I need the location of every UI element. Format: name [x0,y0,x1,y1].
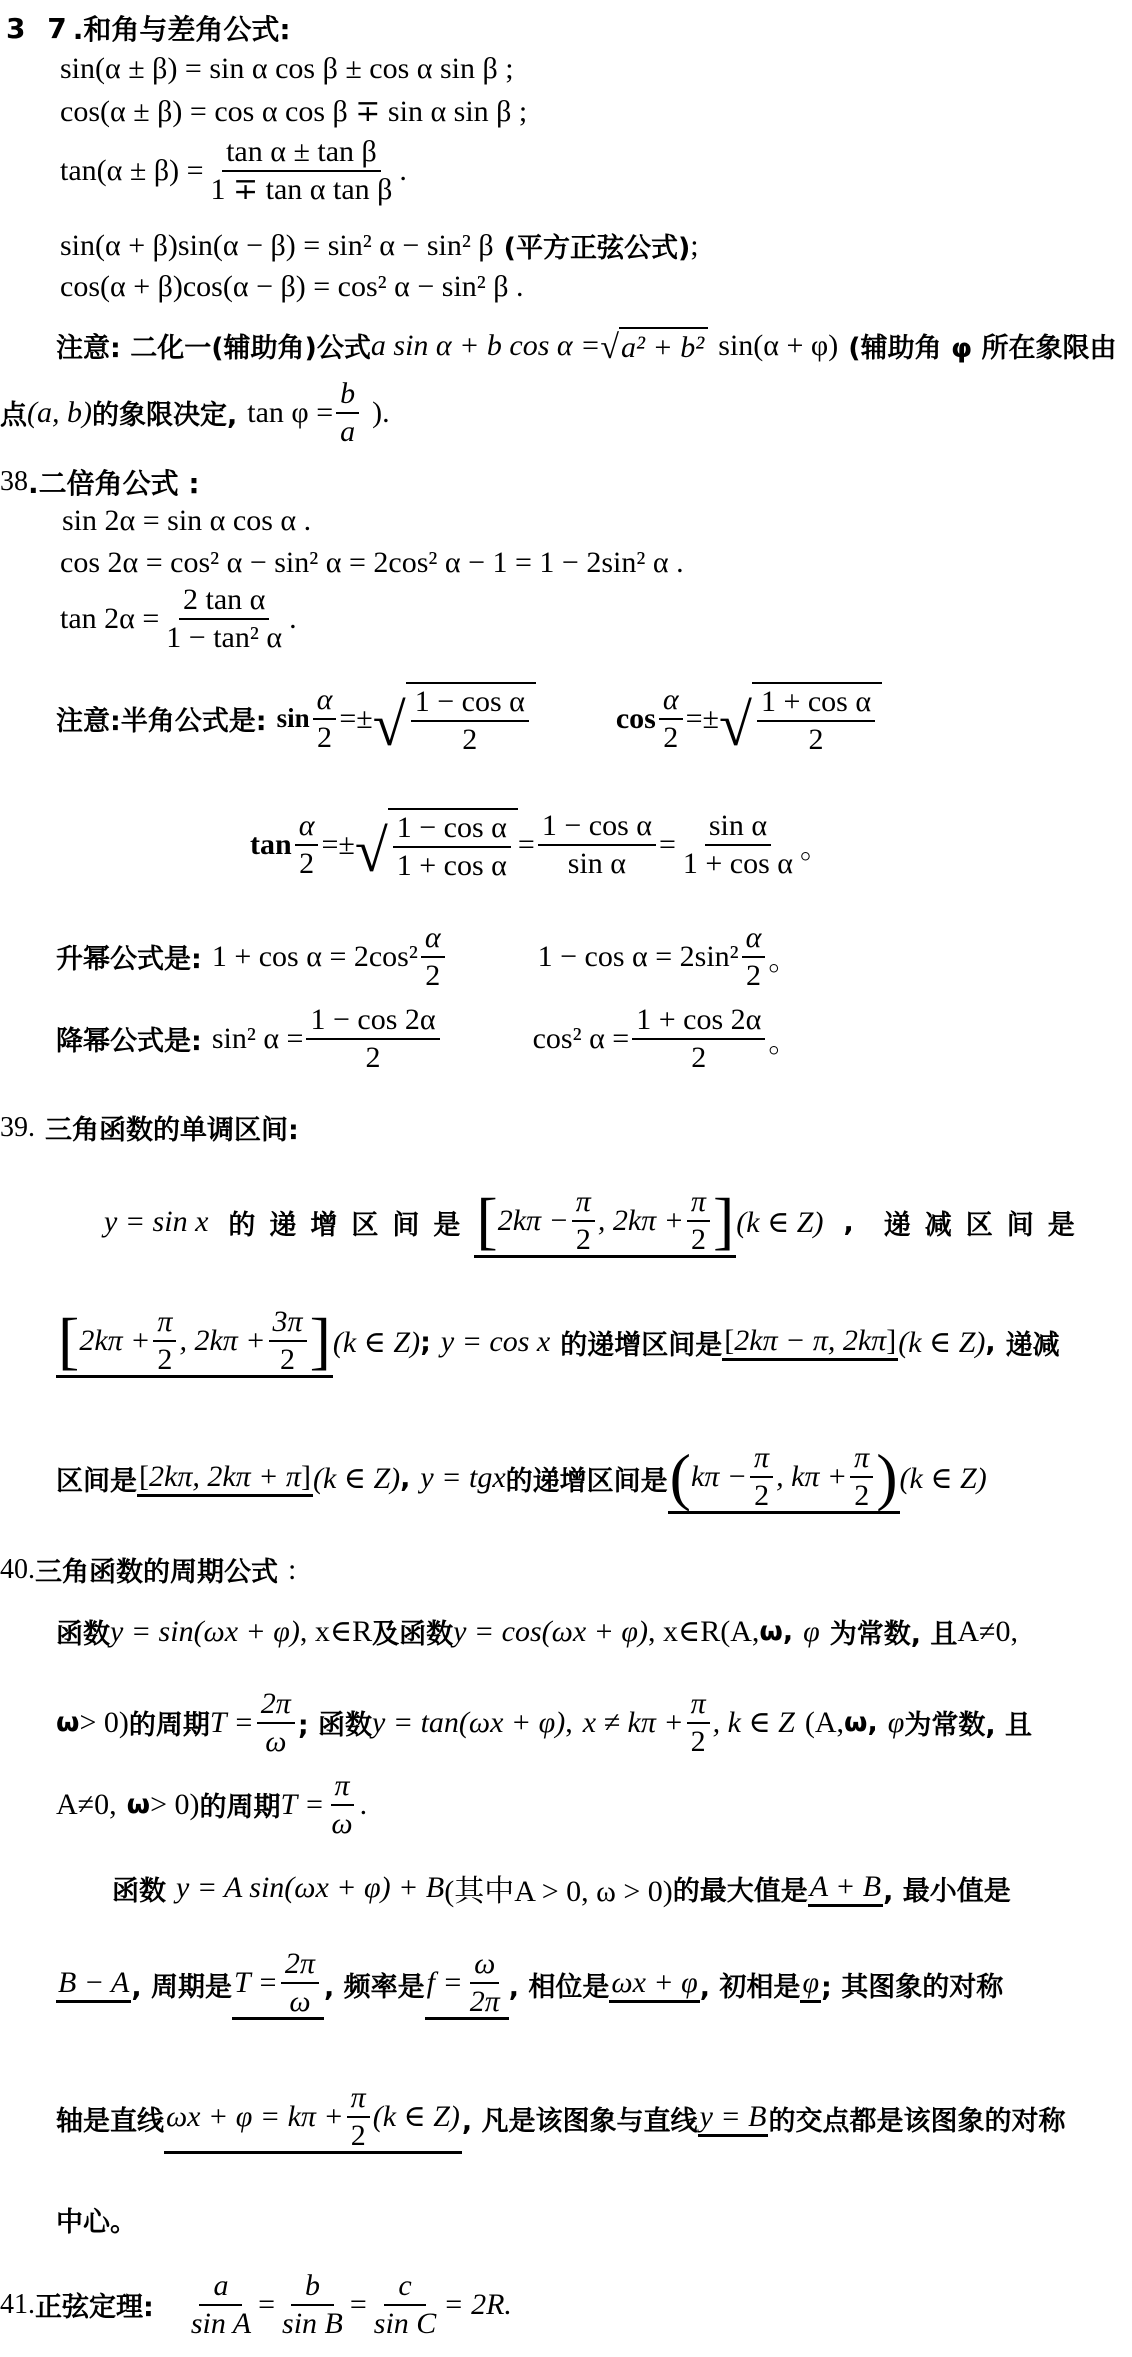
text: 轴是直线 [56,2099,164,2138]
denominator: 2 [659,720,682,754]
text: 的周期 [200,1785,281,1824]
formula-rhs: = 2R. [443,2288,512,2322]
fraction: π 2 [347,2082,370,2151]
punct: . [399,154,407,188]
operator: =± [339,702,372,736]
fraction: b a [336,378,359,447]
punct: , [985,1327,995,1358]
fraction: 2π ω [281,1948,319,2017]
numerator: 3π [269,1306,307,1342]
note-tail: (辅助角 φ 所在象限由 [848,326,1116,365]
numerator: 1 − cos α [393,812,511,848]
fraction: 1 + cos α 2 [757,686,875,755]
numerator: 2 tan α [179,584,269,620]
formula-lhs: T = [234,1966,278,2000]
text: ; 其图象的对称 [821,1965,1003,2004]
sqrt: √ 1 − cos α 1 + cos α [355,808,518,881]
section-39-title: 39. 三角函数的单调区间: [0,1108,299,1147]
interval-part: kπ − [691,1460,747,1494]
fraction: π 2 [572,1186,595,1255]
formula-lhs: cos² α = [533,1022,630,1056]
punct: 。 [768,1017,798,1061]
fraction: a sin A [187,2270,255,2339]
denominator: ω [327,1806,356,1840]
numerator: ω [470,1948,499,1984]
function: y = cos(ωx + φ) [453,1615,648,1649]
numerator: π [687,1688,710,1724]
period-line-2: ω > 0) 的周期 T = 2π ω ; 函数 y = tan(ωx + φ)… [56,1688,1032,1757]
numerator: α [313,684,337,720]
denominator: 2 [742,958,765,992]
denominator: 2 [313,720,336,754]
denominator: 2 [687,1724,710,1758]
denominator: 2 [572,1222,595,1256]
fraction: π 2 [153,1306,176,1375]
punct: : [288,1553,296,1587]
text: , 周期是 [131,1965,232,2004]
operator: = [518,828,535,862]
interval-part: 2kπ + [79,1324,150,1358]
denominator: a [336,414,359,448]
symbol: ω [127,1789,150,1820]
numerator: b [291,2270,334,2306]
function: y = A sin(ωx + φ) + B [176,1871,444,1905]
condition: (k ∈ Z) [373,2099,460,2134]
numerator: π [687,1186,710,1222]
section-38-title: 38 .二倍角公式 : [0,462,200,502]
answer-max: A + B [808,1870,883,1907]
numerator: 1 + cos α [757,686,875,722]
text: 的递增区间是 [228,1203,474,1242]
fraction: 1 − cos α 2 [411,686,529,755]
half-angle-tan: tan α 2 =± √ 1 − cos α 1 + cos α = 1 − c… [250,808,830,881]
sqrt: √ a² + b² [600,327,708,365]
punct: ). [372,396,390,430]
section-title: 三角函数的周期公式 [35,1550,278,1589]
numerator: π [347,2082,370,2118]
text: ω, [844,1707,878,1738]
numerator: tan α ± tan β [222,136,381,172]
punct: 。 [800,823,830,867]
numerator: c [384,2270,425,2306]
numerator: 1 + cos 2α [632,1004,765,1040]
formula-text: sin(α + β)sin(α − β) = sin² α − sin² β [60,229,494,263]
fraction: ω 2π [466,1948,504,2017]
numerator: 1 − cos α [538,810,656,846]
punct: , [843,1207,853,1238]
fraction: 2 tan α 1 − tan² α [162,584,286,653]
formula-cos-product: cos(α + β)cos(α − β) = cos² α − sin² β . [60,270,524,304]
period-frequency-line: B − A , 周期是 T = 2π ω , 频率是 f = ω 2π , 相位… [56,1948,1003,2020]
formula-text: cos 2α = cos² α − sin² α = 2cos² α − 1 =… [60,546,684,580]
answer-min: B − A [56,1966,131,2003]
power-lower-formulas: 降幂公式是: sin² α = 1 − cos 2α 2 cos² α = 1 … [56,1004,798,1073]
formula-tan-double: tan 2α = 2 tan α 1 − tan² α . [60,584,297,653]
fraction: π 2 [850,1442,873,1511]
note-label: 升幂公式是: [56,937,202,976]
formula-sin-double: sin 2α = sin α cos α . [62,504,311,538]
denominator: 2 [347,2118,370,2152]
denominator: 1 + cos α [679,846,797,880]
denominator: 2 [295,846,318,880]
note-label: 注意: 二化一(辅助角)公式 [56,326,371,365]
denominator: 1 + cos α [393,848,511,882]
text: A≠0, [56,1788,117,1822]
condition: (k ∈ Z) [898,1325,985,1360]
fraction: sin α 1 + cos α [679,810,797,879]
radicand: a² + b² [619,327,708,365]
answer-phase: ωx + φ [609,1966,699,2003]
fraction: π 2 [750,1442,773,1511]
symbol: ω [56,1707,79,1738]
section-41-law-of-sines: 41. 正弦定理: a sin A = b sin B = c sin C = … [0,2270,512,2339]
condition: (k ∈ Z) [313,1461,400,1496]
section-number: 38 [0,466,28,498]
text: > 0) [150,1788,199,1822]
function: y = sin(ωx + φ) [110,1615,300,1649]
denominator: 2 [421,958,444,992]
formula-text: sin(α ± β) = sin α cos β ± cos α sin β ; [60,52,514,86]
condition: x ≠ kπ + [583,1706,684,1740]
text: ; 函数 [298,1703,372,1742]
numerator: 2π [257,1688,295,1724]
text: , x∈R(A, [648,1614,759,1649]
numerator: π [850,1442,873,1478]
text: , x∈R [300,1614,372,1649]
formula-lhs: T = [210,1706,254,1740]
formula-lhs: T = [281,1788,325,1822]
denominator: 1 ∓ tan α tan β [207,172,397,206]
note-auxiliary-angle-cont: 点 (a, b) 的象限决定, tan φ = b a ). [0,378,390,447]
answer-axis: ωx + φ = kπ + π 2 (k ∈ Z) [164,2082,462,2154]
interval-part: , kπ + [776,1460,847,1494]
formula-lhs: f = [427,1966,463,2000]
interval: [ 2kπ − π 2 , 2kπ + π 2 ] [474,1186,736,1258]
symmetry-axis-line: 轴是直线 ωx + φ = kπ + π 2 (k ∈ Z) , 凡是该图象与直… [56,2082,1065,2154]
punct: , [565,1706,573,1740]
condition: (k ∈ Z) [333,1325,420,1360]
formula-text: cos(α ± β) = cos α cos β ∓ sin α sin β ; [60,94,527,129]
punct: ; [420,1327,431,1358]
formula-note: (平方正弦公式) [504,226,691,265]
punct: , [400,1463,410,1494]
numerator: 1 − cos 2α [306,1004,439,1040]
text: 的递增区间是 [506,1459,668,1498]
note-text: 的象限决定, [92,393,237,432]
section-number: 3 7 [6,12,73,45]
formula-lhs: sin² α = [212,1022,304,1056]
fraction: α 2 [313,684,337,753]
fraction: α 2 [659,684,683,753]
formula-lhs: tan 2α = [60,602,159,636]
note-label: 注意:半角公式是: [56,699,267,738]
numerator: 1 − cos α [411,686,529,722]
amplitude-line: 函数 y = A sin(ωx + φ) + B (其中A > 0, ω > 0… [112,1866,1011,1910]
formula-lhs: tan(α ± β) = [60,154,204,188]
text: , 相位是 [509,1965,610,2004]
numerator: α [742,922,766,958]
text: , 凡是该图象与直线 [462,2099,698,2138]
fraction: 1 − cos 2α 2 [306,1004,439,1073]
denominator: 2 [458,722,481,756]
interval-part: , 2kπ + [179,1324,265,1358]
text: , 最小值是 [883,1869,1011,1908]
numerator: π [331,1770,354,1806]
fraction: tan α ± tan β 1 ∓ tan α tan β [207,136,397,205]
section-37-title: 3 7 .和角与差角公式: [6,8,291,48]
fraction: α 2 [742,922,766,991]
operator: =± [686,702,719,736]
formula-rhs: sin(α + φ) [718,329,838,363]
denominator: sin A [187,2306,255,2340]
formula-text: cos(α + β)cos(α − β) = cos² α − sin² β . [60,270,524,304]
interval: [2kπ, 2kπ + π] [137,1460,313,1497]
text: 递减 [1006,1323,1060,1362]
text: 中心。 [56,2200,137,2239]
fraction: 1 − cos α 1 + cos α [393,812,511,881]
denominator: 2 [276,1342,299,1376]
fn-name: tan [250,828,292,862]
text: 递减区间是 [884,1203,1089,1242]
fraction: π 2 [687,1688,710,1757]
denominator: 2π [466,1984,504,2018]
text: > 0) [79,1706,128,1740]
function: y = tgx [420,1461,505,1495]
interval-part: 2kπ − [498,1204,569,1238]
interval: [2kπ − π, 2kπ] [722,1324,898,1361]
formula-tan-sum: tan(α ± β) = tan α ± tan β 1 ∓ tan α tan… [60,136,407,205]
tan-monotonic-line: 区间是 [2kπ, 2kπ + π] (k ∈ Z) , y = tgx 的递增… [56,1442,987,1514]
text: , 频率是 [324,1965,425,2004]
period-line-1: 函数 y = sin(ωx + φ) , x∈R 及函数 y = cos(ωx … [56,1612,1018,1651]
fraction: 1 + cos 2α 2 [632,1004,765,1073]
operator: = [659,828,676,862]
formula-lhs: ωx + φ = kπ + [166,2100,344,2134]
period-line-3: A≠0, ω > 0) 的周期 T = π ω . [56,1770,367,1839]
fn-name: sin [277,703,310,734]
formula-text: 1 − cos α = 2sin² [538,940,739,974]
formula-lhs: a sin α + b cos α = [371,329,600,363]
sqrt: √ 1 − cos α 2 [373,682,536,755]
answer-initial-phase: φ [800,1966,821,2003]
operator: = [350,2288,367,2322]
punct: . [289,602,297,636]
note-text: 点 [0,393,27,432]
interval-part: 2kπ − π, 2kπ [734,1324,886,1358]
denominator: 1 − tan² α [162,620,286,654]
formula-lhs: tan φ = [247,396,333,430]
text: 函数 [56,1612,110,1651]
text: , 初相是 [700,1965,801,2004]
text: ω, [759,1616,793,1647]
fraction: π 2 [687,1186,710,1255]
numerator: a [199,2270,242,2306]
denominator: 2 [850,1478,873,1512]
answer-line: y = B [698,2100,769,2137]
half-angle-sin-cos: 注意:半角公式是: sin α 2 =± √ 1 − cos α 2 cos α… [56,682,882,755]
function: y = sin x [104,1205,208,1239]
point: (a, b) [27,396,92,430]
fraction: b sin B [278,2270,347,2339]
fraction: π ω [327,1770,356,1839]
text: A≠0, [957,1615,1018,1649]
fraction: 1 − cos α sin α [538,810,656,879]
denominator: 2 [805,722,828,756]
numerator: α [295,810,319,846]
numerator: π [750,1442,773,1478]
denominator: sin B [278,2306,347,2340]
function: y = tan(ωx + φ) [372,1706,565,1740]
section-number: 39. [0,1112,35,1144]
note-label: 降幂公式是: [56,1019,202,1058]
text: 为常数, 且 [830,1612,958,1651]
answer-frequency: f = ω 2π [425,1948,509,2020]
fraction: α 2 [421,922,445,991]
fraction: 3π 2 [269,1306,307,1375]
cos-monotonic-line: [ 2kπ + π 2 , 2kπ + 3π 2 ] (k ∈ Z) ; y =… [56,1306,1060,1378]
text: 区间是 [56,1459,137,1498]
formula-cos-sum: cos(α ± β) = cos α cos β ∓ sin α sin β ; [60,94,527,129]
numerator: sin α [705,810,771,846]
numerator: π [153,1306,176,1342]
denominator: 2 [750,1478,773,1512]
interval: ( kπ − π 2 , kπ + π 2 ) [668,1442,900,1514]
text: 为常数, 且 [904,1703,1032,1742]
formula-text: 1 + cos α = 2cos² [212,940,418,974]
text: 的递增区间是 [560,1323,722,1362]
numerator: b [336,378,359,414]
function: y = cos x [441,1325,550,1359]
text: (A, [805,1706,844,1740]
interval-part: 2kπ, 2kπ + π [149,1460,301,1494]
fraction: α 2 [295,810,319,879]
note-auxiliary-angle: 注意: 二化一(辅助角)公式 a sin α + b cos α = √ a² … [56,326,1117,365]
section-title: 正弦定理: [35,2285,154,2324]
denominator: 2 [153,1342,176,1376]
denominator: ω [285,1984,314,2018]
denominator: sin α [564,846,630,880]
text: 的交点都是该图象的对称 [768,2099,1065,2138]
section-title: .和角与差角公式: [73,8,291,48]
denominator: 2 [687,1040,710,1074]
denominator: 2 [687,1222,710,1256]
symmetry-center-line: 中心。 [56,2200,137,2239]
text: 的周期 [129,1703,210,1742]
formula-sin-product: sin(α + β)sin(α − β) = sin² α − sin² β (… [60,226,699,265]
text: 及函数 [372,1612,453,1651]
fraction: c sin C [370,2270,441,2339]
section-title: .二倍角公式 : [28,462,200,502]
fn-name: cos [616,702,656,736]
condition: (k ∈ Z) [736,1205,823,1240]
interval: [ 2kπ + π 2 , 2kπ + 3π 2 ] [56,1306,333,1378]
sqrt: √ 1 + cos α 2 [719,682,882,755]
symbol: φ [803,1615,820,1649]
section-title: 三角函数的单调区间: [45,1108,299,1147]
symbol: φ [888,1706,905,1740]
condition: , k ∈ Z [713,1705,795,1740]
power-raise-formulas: 升幂公式是: 1 + cos α = 2cos² α 2 1 − cos α =… [56,922,798,991]
interval-part: , 2kπ + [598,1204,684,1238]
section-number: 41. [0,2289,35,2321]
formula-text: sin 2α = sin α cos α . [62,504,311,538]
section-40-title: 40. 三角函数的周期公式 : [0,1550,296,1589]
section-number: 40. [0,1554,35,1586]
numerator: 2π [281,1948,319,1984]
answer-period: T = 2π ω [232,1948,324,2020]
denominator: sin C [370,2306,441,2340]
condition: (k ∈ Z) [900,1461,987,1496]
condition: (其中A > 0, ω > 0) [444,1866,673,1910]
operator: =± [321,828,354,862]
punct: . [360,1788,368,1822]
numerator: α [421,922,445,958]
text: 的最大值是 [673,1869,808,1908]
denominator: ω [261,1724,290,1758]
formula-sin-sum: sin(α ± β) = sin α cos β ± cos α sin β ; [60,52,514,86]
punct: ; [690,229,698,263]
denominator: 2 [362,1040,385,1074]
text: 函数 [112,1869,166,1908]
punct: 。 [768,935,798,979]
operator: = [258,2288,275,2322]
numerator: π [572,1186,595,1222]
fraction: 2π ω [257,1688,295,1757]
numerator: α [659,684,683,720]
sin-monotonic-line: y = sin x 的递增区间是 [ 2kπ − π 2 , 2kπ + π 2… [104,1186,1089,1258]
formula-cos-double: cos 2α = cos² α − sin² α = 2cos² α − 1 =… [60,546,684,580]
